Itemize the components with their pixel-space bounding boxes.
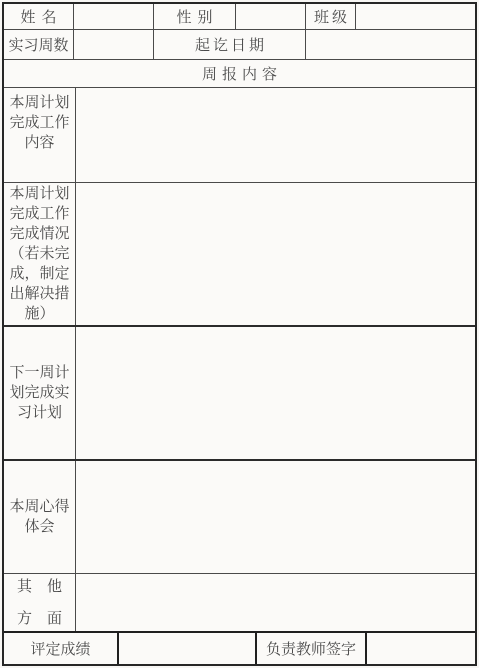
header-row-identity: 姓名 性别 班级 [4,4,475,30]
next-week-plan-label: 下一周计 划完成实 习计划 [4,327,76,459]
start-end-date-label: 起讫日期 [154,30,306,59]
internship-weeks-label: 实习周数 [4,30,74,59]
other-aspects-label-line1: 其 他 [17,578,62,596]
name-label: 姓名 [4,4,74,29]
completion-status-field[interactable] [76,183,475,325]
teacher-signature-label: 负责教师签字 [257,633,367,664]
grade-label: 评定成绩 [4,633,119,664]
other-aspects-field[interactable] [76,574,475,631]
other-aspects-label-line2: 方 面 [17,610,62,628]
scanned-form-page: { "form": { "row1": { "name_label": "姓名"… [0,0,479,668]
section-title-row: 周报内容 [4,60,475,88]
start-end-date-field[interactable] [306,30,475,59]
reflections-field[interactable] [76,461,475,573]
grade-field[interactable] [119,633,257,664]
week-plan-content-label: 本周计划 完成工作 内容 [4,88,76,182]
header-row-period: 实习周数 起讫日期 [4,30,475,60]
class-label: 班级 [306,4,356,29]
teacher-signature-field[interactable] [367,633,475,664]
section-row-reflections: 本周心得 体会 [4,461,475,574]
section-title: 周报内容 [4,60,475,87]
gender-label: 性别 [154,4,236,29]
section-row-completion-status: 本周计划 完成工作 完成情况 （若未完 成，制定 出解决措 施） [4,183,475,327]
weekly-report-form-table: 姓名 性别 班级 实习周数 起讫日期 周报内容 本周计划 完成工作 内容 本周计… [2,2,477,666]
completion-status-label: 本周计划 完成工作 完成情况 （若未完 成，制定 出解决措 施） [4,183,76,325]
next-week-plan-field[interactable] [76,327,475,459]
section-row-next-week-plan: 下一周计 划完成实 习计划 [4,327,475,461]
class-field[interactable] [356,4,475,29]
internship-weeks-field[interactable] [74,30,154,59]
other-aspects-label: 其 他 方 面 [4,574,76,631]
section-row-week-plan-content: 本周计划 完成工作 内容 [4,88,475,183]
gender-field[interactable] [236,4,306,29]
section-row-other-aspects: 其 他 方 面 [4,574,475,633]
name-field[interactable] [74,4,154,29]
footer-row-evaluation: 评定成绩 负责教师签字 [4,633,475,664]
week-plan-content-field[interactable] [76,88,475,182]
reflections-label: 本周心得 体会 [4,461,76,573]
